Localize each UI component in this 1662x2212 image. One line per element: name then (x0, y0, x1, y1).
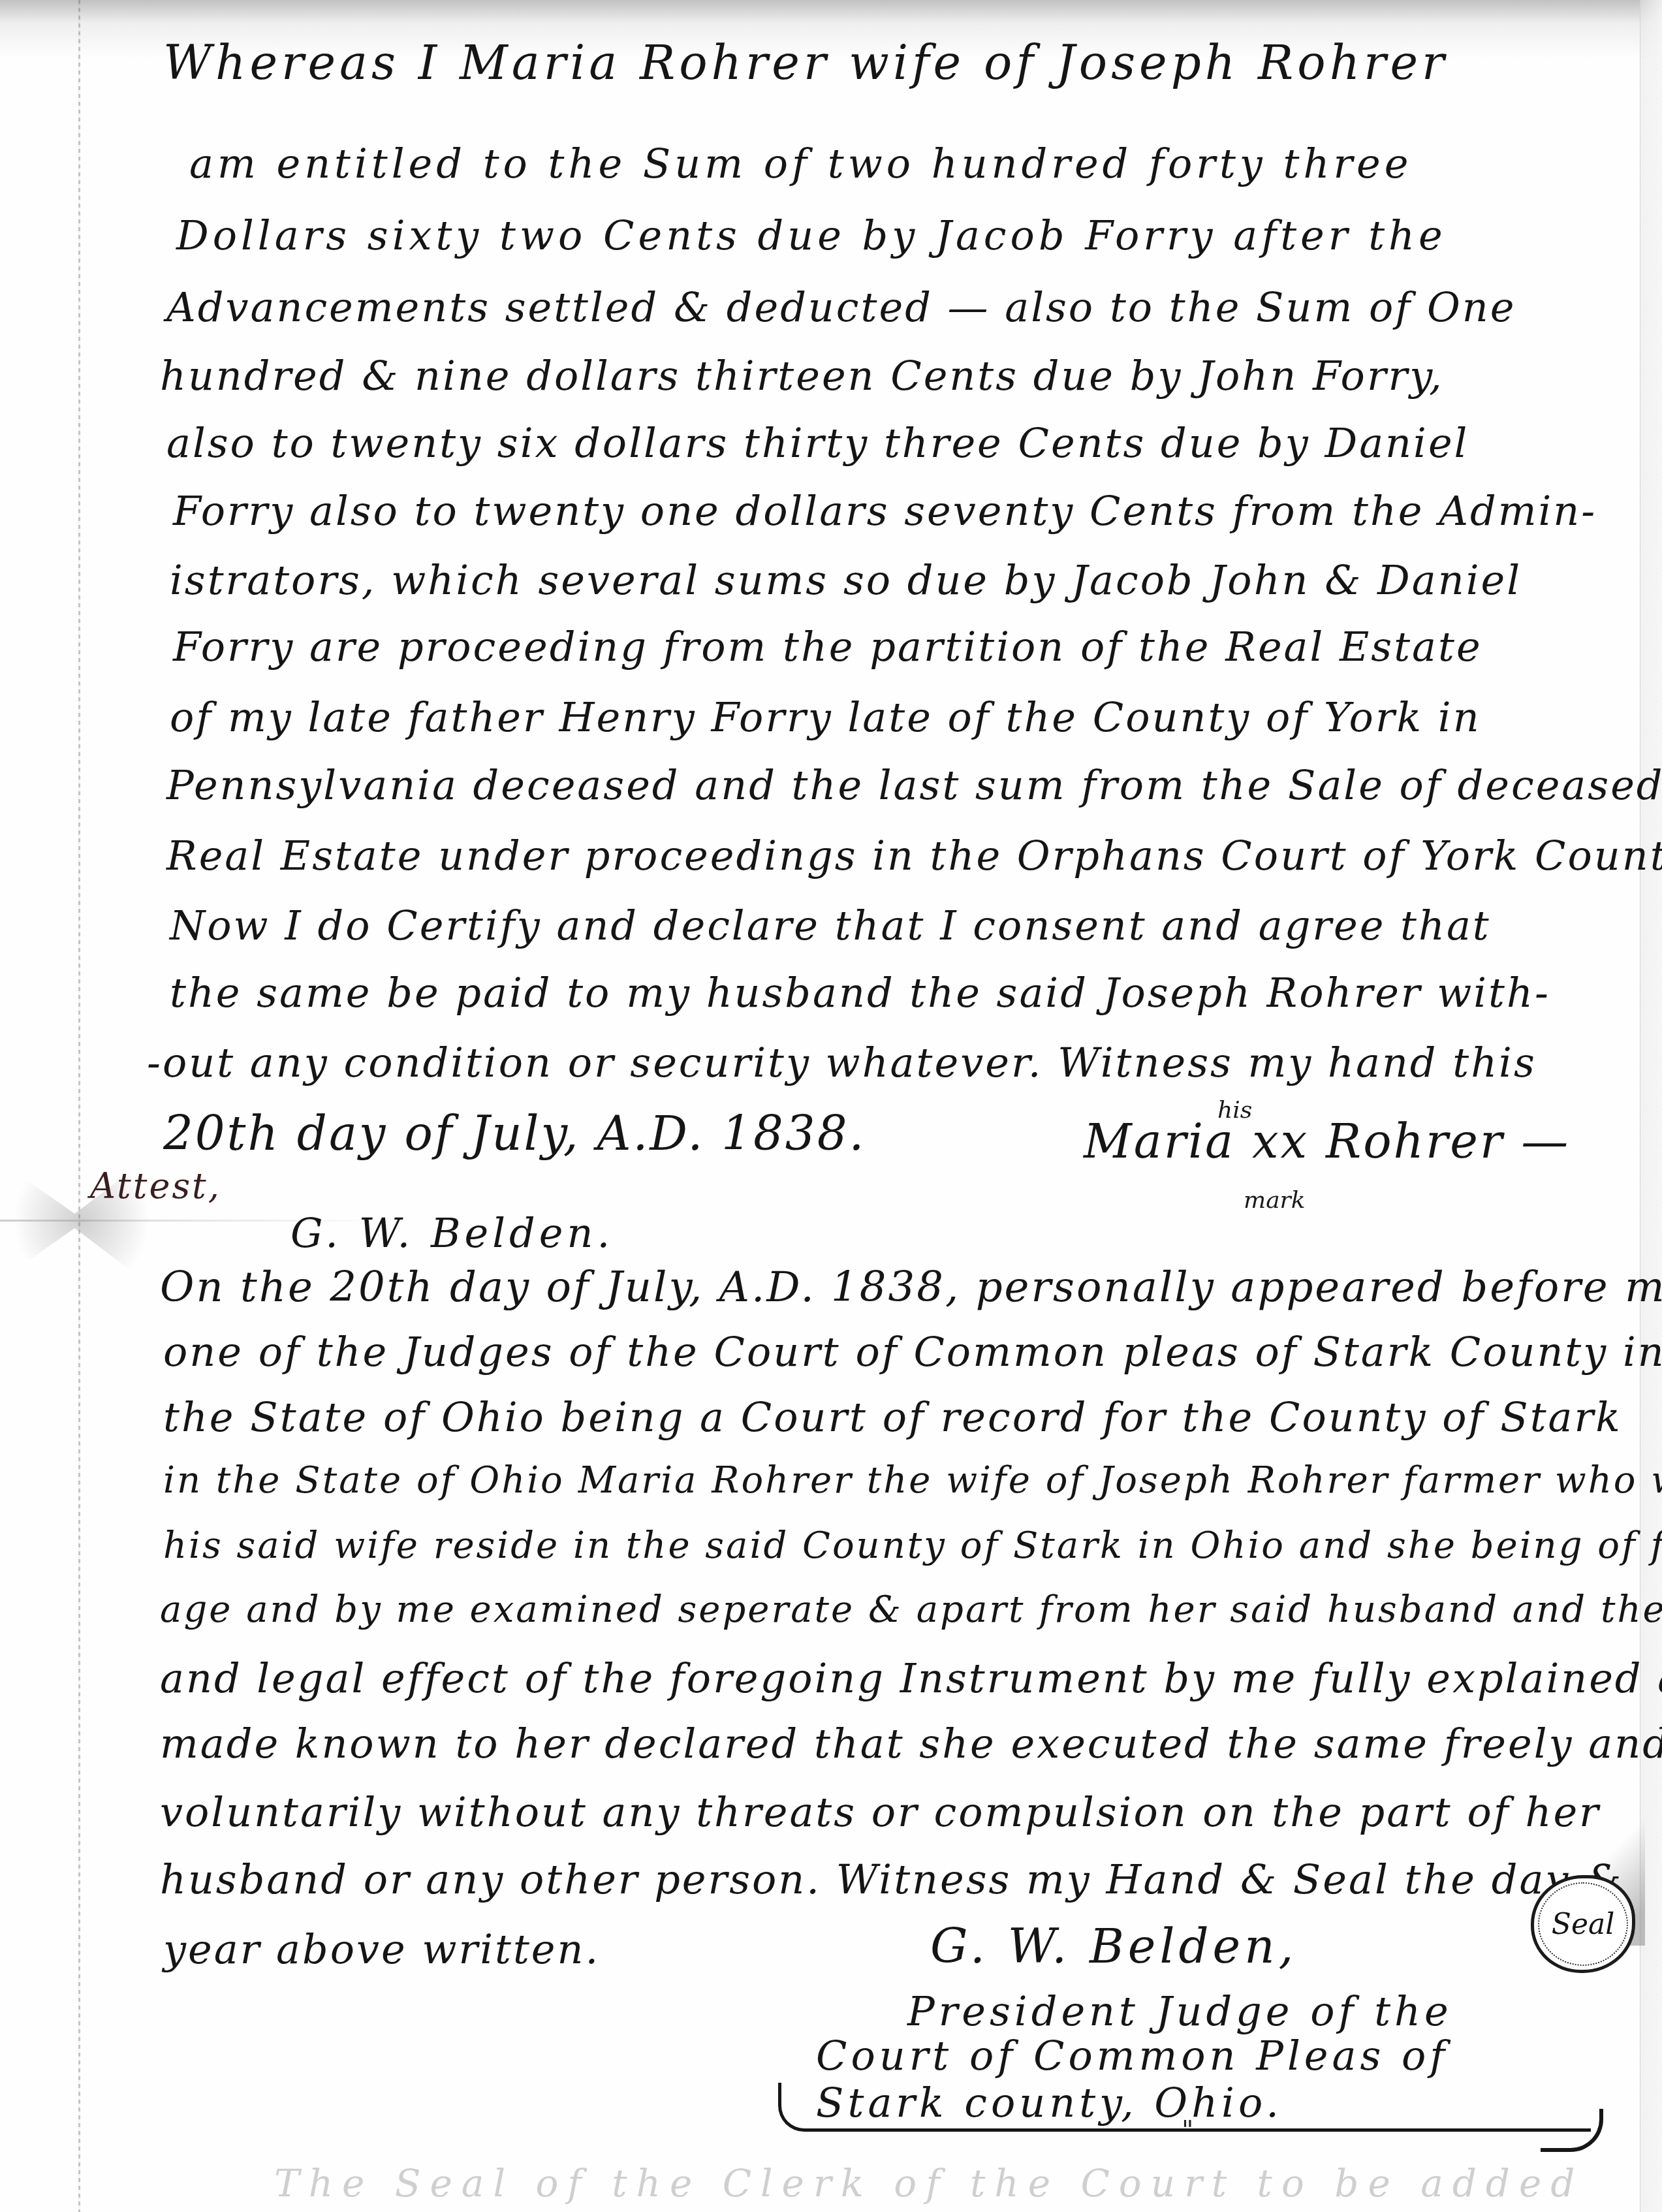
document-page: Whereas I Maria Rohrer wife of Joseph Ro… (0, 0, 1662, 2212)
deed-line-6: also to twenty six dollars thirty three … (166, 423, 1469, 464)
deed-line-3: Dollars sixty two Cents due by Jacob For… (176, 215, 1447, 256)
deed-line-12: Real Estate under proceedings in the Orp… (166, 836, 1662, 876)
signature-maria-rohrer-mark: Maria xx Rohrer — (1084, 1118, 1570, 1165)
deed-line-11: Pennsylvania deceased and the last sum f… (166, 765, 1662, 806)
ack-line-4: in the State of Ohio Maria Rohrer the wi… (163, 1462, 1662, 1499)
deed-line-2: am entitled to the Sum of two hundred fo… (189, 144, 1412, 184)
judge-signature-name: G. W. Belden, (930, 1923, 1297, 1970)
ack-line-11: year above written. (163, 1929, 600, 1970)
deed-line-13: Now I do Certify and declare that I cons… (170, 906, 1491, 946)
signature-flourish-tail (1541, 2109, 1603, 2152)
ack-line-2: one of the Judges of the Court of Common… (163, 1332, 1662, 1372)
vertical-fold-line (78, 0, 80, 2212)
ack-line-6: age and by me examined seperate & apart … (160, 1592, 1662, 1628)
ditto-mark: " (1182, 2115, 1193, 2145)
faint-footer-note: The Seal of the Clerk of the Court to be… (274, 2161, 1584, 2205)
ack-line-10: husband or any other person. Witness my … (160, 1859, 1623, 1900)
ack-line-9: voluntarily without any threats or compu… (160, 1792, 1601, 1833)
deed-line-7: Forry also to twenty one dollars seventy… (173, 491, 1597, 531)
ack-line-5: his said wife reside in the said County … (163, 1528, 1662, 1564)
deed-line-15: -out any condition or security whatever.… (147, 1043, 1537, 1083)
deed-line-1: Whereas I Maria Rohrer wife of Joseph Ro… (163, 39, 1448, 86)
ack-line-7: and legal effect of the foregoing Instru… (160, 1658, 1662, 1699)
deed-line-5: hundred & nine dollars thirteen Cents du… (160, 356, 1444, 396)
deed-line-14: the same be paid to my husband the said … (170, 973, 1550, 1013)
ack-line-8: made known to her declared that she exec… (160, 1724, 1662, 1764)
judge-title-line-2: Court of Common Pleas of (816, 2036, 1449, 2076)
seal-label: Seal (1552, 1908, 1615, 1941)
seal-icon: Seal (1531, 1875, 1635, 1973)
deed-line-4: Advancements settled & deducted — also t… (166, 287, 1516, 328)
deed-line-9: Forry are proceeding from the partition … (173, 627, 1482, 667)
attest-label: Attest, (90, 1169, 221, 1204)
ack-line-3: the State of Ohio being a Court of recor… (163, 1397, 1622, 1438)
date-line: 20th day of July, A.D. 1838. (163, 1110, 866, 1157)
deed-line-10: of my late father Henry Forry late of th… (170, 697, 1481, 738)
attest-witness-signature: G. W. Belden. (290, 1213, 614, 1254)
ack-line-1: On the 20th day of July, A.D. 1838, pers… (160, 1267, 1662, 1308)
judge-title-line-1: President Judge of the (907, 1991, 1452, 2032)
signature-mark-note: mark (1244, 1187, 1306, 1214)
deed-line-8: istrators, which several sums so due by … (170, 560, 1522, 601)
